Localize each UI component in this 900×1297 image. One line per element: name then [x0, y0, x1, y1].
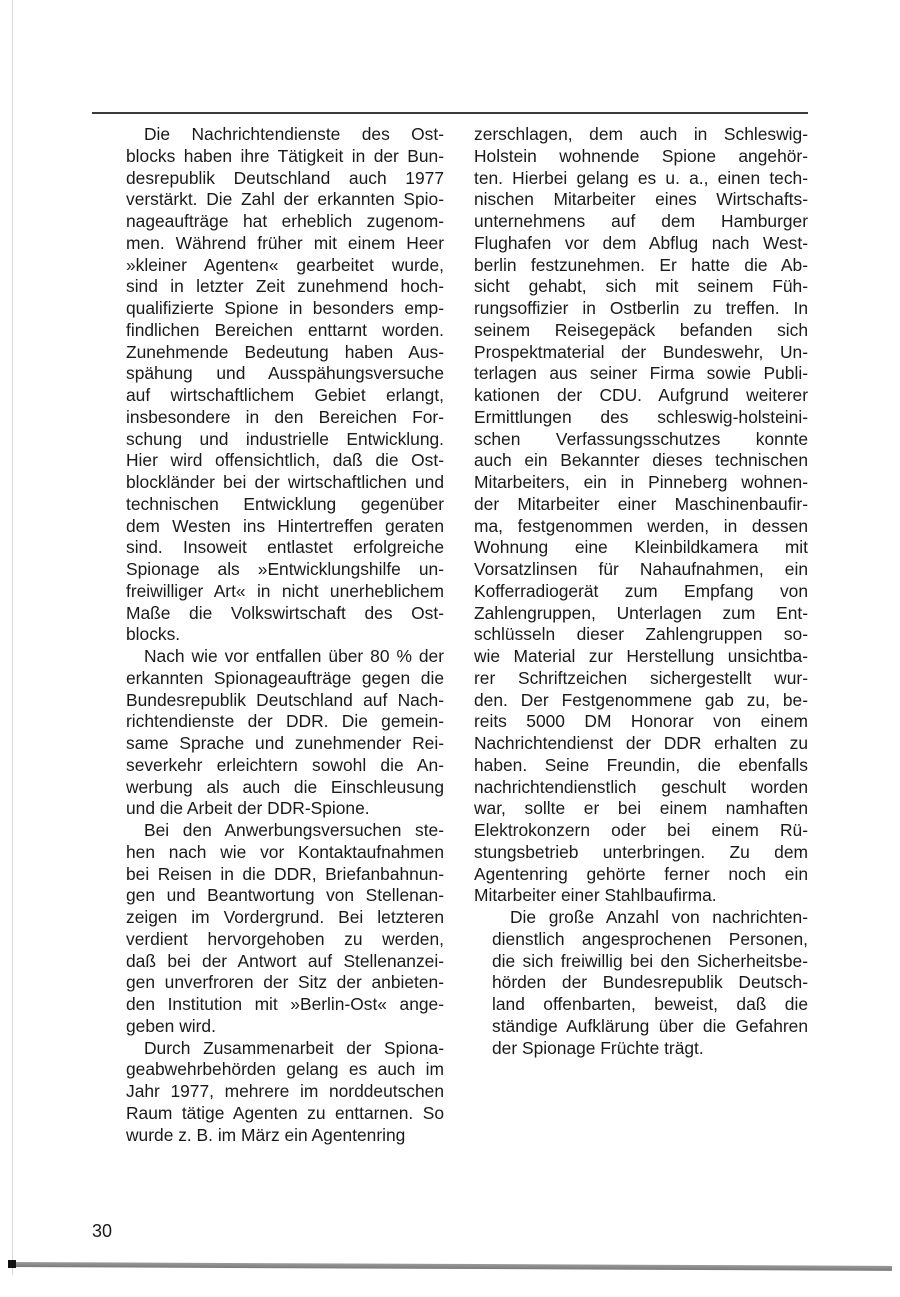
paragraph: zerschlagen, dem auch in Schleswig-Holst… [474, 124, 808, 907]
text-line: Bei den Anwerbungsversuchen ste- [108, 820, 444, 842]
text-line: zeigen im Vordergrund. Bei letzteren [108, 907, 444, 929]
text-line: nageaufträge hat erheblich zugenom- [108, 211, 444, 233]
text-line: auch ein Bekannter dieses technischen [474, 450, 808, 472]
text-line: verdient hervorgehoben zu werden, [108, 929, 444, 951]
text-line: wurde z. B. im März ein Agentenring [108, 1125, 444, 1147]
text-line: Raum tätige Agenten zu enttarnen. So [108, 1103, 444, 1125]
paragraph: Durch Zusammenarbeit der Spiona-geabwehr… [108, 1038, 444, 1147]
text-line: war, sollte er bei einem namhaften [474, 798, 808, 820]
text-line: wie Material zur Herstellung unsichtba- [474, 646, 808, 668]
text-line: schlüsseln dieser Zahlengruppen so- [474, 624, 808, 646]
text-line: Ermittlungen des schleswig-holsteini- [474, 407, 808, 429]
page-left-edge [12, 0, 13, 1275]
text-line: Flughafen vor dem Abflug nach West- [474, 233, 808, 255]
text-line: findlichen Bereichen enttarnt worden. [108, 320, 444, 342]
paragraph: Die Nachrichtendienste des Ost-blocks ha… [108, 124, 444, 646]
text-line: sind. Insoweit entlastet erfolgreiche [108, 537, 444, 559]
text-line: seinem Reisegepäck befanden sich [474, 320, 808, 342]
text-line: geabwehrbehörden gelang es auch im [108, 1059, 444, 1081]
text-line: dem Westen ins Hintertreffen geraten [108, 516, 444, 538]
text-line: werbung als auch die Einschleusung [108, 777, 444, 799]
text-line: Bundesrepublik Deutschland auf Nach- [108, 690, 444, 712]
text-line: den. Der Festgenommene gab zu, be- [474, 690, 808, 712]
text-line: sind in letzter Zeit zunehmend hoch- [108, 276, 444, 298]
text-line: Die große Anzahl von nachrichten- [474, 907, 808, 929]
text-line: Holstein wohnende Spione angehör- [474, 146, 808, 168]
text-line: technischen Entwicklung gegenüber [108, 494, 444, 516]
text-line: daß bei der Antwort auf Stellenanzei- [108, 951, 444, 973]
text-line: Prospektmaterial der Bundeswehr, Un- [474, 342, 808, 364]
text-line: Spionage als »Entwicklungshilfe un- [108, 559, 444, 581]
footer-rule [8, 1262, 892, 1271]
text-line: der Mitarbeiter einer Maschinenbaufir- [474, 494, 808, 516]
text-line: Kofferradiogerät zum Empfang von [474, 581, 808, 603]
text-line: geben wird. [108, 1016, 444, 1038]
text-line: zerschlagen, dem auch in Schleswig- [474, 124, 808, 146]
text-line: richtendienste der DDR. Die gemein- [108, 711, 444, 733]
paragraph: Nach wie vor entfallen über 80 % dererka… [108, 646, 444, 820]
text-line: die sich freiwillig bei den Sicherheitsb… [474, 951, 808, 973]
text-line: erkannten Spionageaufträge gegen die [108, 668, 444, 690]
text-line: gen und Beantwortung von Stellenan- [108, 885, 444, 907]
text-line: stungsbetrieb unterbringen. Zu dem [474, 842, 808, 864]
text-line: severkehr erleichtern sowohl die An- [108, 755, 444, 777]
text-line: Jahr 1977, mehrere im norddeutschen [108, 1081, 444, 1103]
text-line: »kleiner Agenten« gearbeitet wurde, [108, 255, 444, 277]
text-line: men. Während früher mit einem Heer [108, 233, 444, 255]
text-line: Wohnung eine Kleinbildkamera mit [474, 537, 808, 559]
text-line: rer Schriftzeichen sichergestellt wur- [474, 668, 808, 690]
text-line: qualifizierte Spione in besonders emp- [108, 298, 444, 320]
text-line: same Sprache und zunehmender Rei- [108, 733, 444, 755]
paragraph: Bei den Anwerbungsversuchen ste-hen nach… [108, 820, 444, 1038]
text-line: dienstlich angesprochenen Personen, [474, 929, 808, 951]
text-line: Nach wie vor entfallen über 80 % der [108, 646, 444, 668]
text-line: nischen Mitarbeiter eines Wirtschafts- [474, 189, 808, 211]
page-number: 30 [92, 1221, 112, 1242]
left-column: Die Nachrichtendienste des Ost-blocks ha… [108, 124, 444, 1146]
text-line: schen Verfassungsschutzes konnte [474, 429, 808, 451]
text-line: reits 5000 DM Honorar von einem [474, 711, 808, 733]
text-line: und die Arbeit der DDR-Spione. [108, 798, 444, 820]
text-line: bei Reisen in die DDR, Briefanbahnun- [108, 864, 444, 886]
paragraph: Die große Anzahl von nachrichten-dienstl… [474, 907, 808, 1059]
text-line: hörden der Bundesrepublik Deutsch- [474, 972, 808, 994]
text-line: schung und industrielle Entwicklung. [108, 429, 444, 451]
text-line: Maße die Volkswirtschaft des Ost- [108, 603, 444, 625]
text-line: Zunehmende Bedeutung haben Aus- [108, 342, 444, 364]
text-line: den Institution mit »Berlin-Ost« ange- [108, 994, 444, 1016]
right-column: zerschlagen, dem auch in Schleswig-Holst… [474, 124, 808, 1059]
text-line: nachrichtendienstlich geschult worden [474, 777, 808, 799]
text-line: Elektrokonzern oder bei einem Rü- [474, 820, 808, 842]
text-line: insbesondere in den Bereichen For- [108, 407, 444, 429]
text-line: ma, festgenommen werden, in dessen [474, 516, 808, 538]
header-rule [92, 112, 808, 114]
text-line: rungsoffizier in Ostberlin zu treffen. I… [474, 298, 808, 320]
footer-rule-mark [8, 1260, 16, 1268]
text-line: blocks haben ihre Tätigkeit in der Bun- [108, 146, 444, 168]
text-line: Zahlengruppen, Unterlagen zum Ent- [474, 603, 808, 625]
text-line: spähung und Ausspähungsversuche [108, 363, 444, 385]
text-line: freiwilliger Art« in nicht unerheblichem [108, 581, 444, 603]
text-line: Hier wird offensichtlich, daß die Ost- [108, 450, 444, 472]
text-line: kationen der CDU. Aufgrund weiterer [474, 385, 808, 407]
text-line: ständige Aufklärung über die Gefahren [474, 1016, 808, 1038]
text-line: Mitarbeiters, ein in Pinneberg wohnen- [474, 472, 808, 494]
text-line: ten. Hierbei gelang es u. a., einen tech… [474, 168, 808, 190]
text-line: Die Nachrichtendienste des Ost- [108, 124, 444, 146]
text-line: hen nach wie vor Kontaktaufnahmen [108, 842, 444, 864]
text-line: gen unverfroren der Sitz der anbieten- [108, 972, 444, 994]
text-line: desrepublik Deutschland auch 1977 [108, 168, 444, 190]
text-line: Nachrichtendienst der DDR erhalten zu [474, 733, 808, 755]
text-line: haben. Seine Freundin, die ebenfalls [474, 755, 808, 777]
text-line: auf wirtschaftlichem Gebiet erlangt, [108, 385, 444, 407]
text-line: blocks. [108, 624, 444, 646]
text-line: Agentenring gehörte ferner noch ein [474, 864, 808, 886]
text-line: der Spionage Früchte trägt. [474, 1038, 808, 1060]
text-line: land offenbarten, beweist, daß die [474, 994, 808, 1016]
text-line: sicht gehabt, sich mit seinem Füh- [474, 276, 808, 298]
text-line: blockländer bei der wirtschaftlichen und [108, 472, 444, 494]
text-line: Durch Zusammenarbeit der Spiona- [108, 1038, 444, 1060]
text-line: terlagen aus seiner Firma sowie Publi- [474, 363, 808, 385]
text-line: Mitarbeiter einer Stahlbaufirma. [474, 885, 808, 907]
text-line: Vorsatzlinsen für Nahaufnahmen, ein [474, 559, 808, 581]
text-line: berlin festzunehmen. Er hatte die Ab- [474, 255, 808, 277]
text-line: verstärkt. Die Zahl der erkannten Spio- [108, 189, 444, 211]
text-line: unternehmens auf dem Hamburger [474, 211, 808, 233]
